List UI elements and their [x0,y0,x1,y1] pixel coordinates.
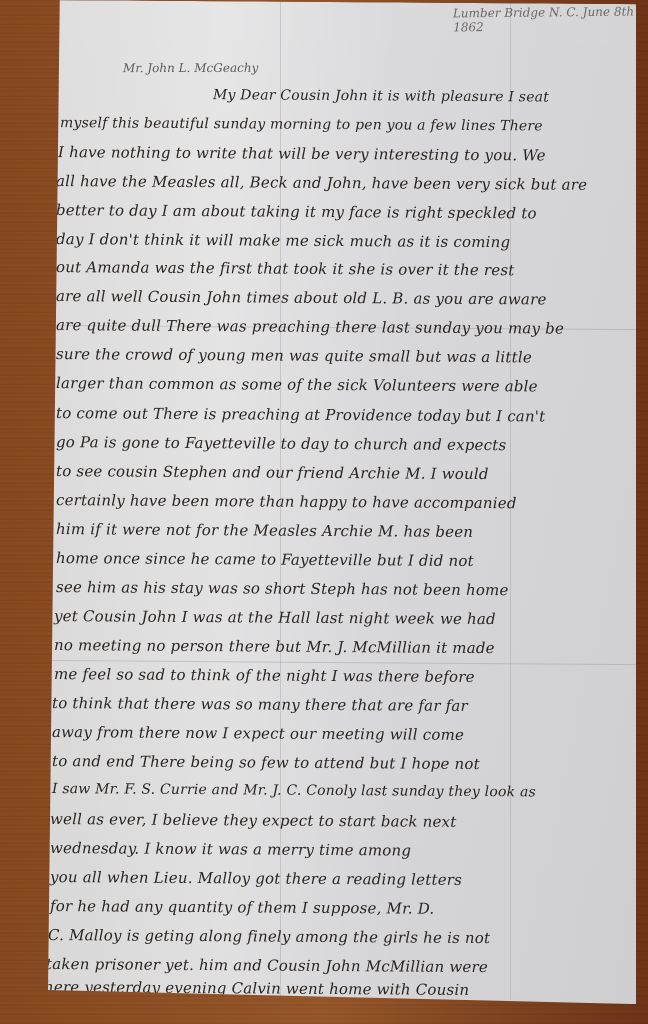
letter-line: here yesterday evening Calvin went home … [44,978,469,999]
letter-line: out Amanda was the first that took it sh… [56,258,515,279]
letter-line: to think that there was so many there th… [52,694,468,715]
letter-line: John There was muster at L. B. yesterday… [42,1000,476,1021]
letter-line: wednesday. I know it was a merry time am… [50,839,411,860]
letter-line: all have the Measles all, Beck and John,… [56,172,587,194]
letter-line: I saw Mr. F. S. Currie and Mr. J. C. Con… [52,781,536,800]
letter-line: I have nothing to write that will be ver… [58,143,546,164]
letter-line: you all when Lieu. Malloy got there a re… [50,868,462,889]
letter-page: Lumber Bridge N. C. June 8th 1862 Mr. Jo… [48,0,636,1004]
paper-fold-horizontal [48,660,636,665]
letter-line: see him as his stay was so short Steph h… [56,578,509,599]
letter-line: no meeting no person there but Mr. J. Mc… [54,636,495,657]
letter-line: go Pa is gone to Fayetteville to day to … [56,433,506,454]
letter-line: home once since he came to Fayetteville … [56,549,474,570]
letter-line: day I don't think it will make me sick m… [56,230,510,251]
letter-place-date: Lumber Bridge N. C. June 8th 1862 [453,5,636,35]
letter-line: better to day I am about taking it my fa… [56,201,537,222]
letter-line: C. Malloy is geting along finely among t… [48,926,490,947]
letter-line: him if it were not for the Measles Archi… [56,520,473,541]
letter-line: to see cousin Stephen and our friend Arc… [56,462,489,483]
letter-line: larger than common as some of the sick V… [56,374,538,395]
letter-line: are all well Cousin John times about old… [56,287,547,308]
letter-line: myself this beautiful sunday morning to … [60,115,543,134]
letter-line: me feel so sad to think of the night I w… [54,665,475,686]
letter-line: sure the crowd of young men was quite sm… [56,345,532,366]
letter-line: My Dear Cousin John it is with pleasure … [213,87,549,105]
letter-line: for he had any quantity of them I suppos… [50,897,434,918]
letter-line: certainly have been more than happy to h… [56,491,517,512]
letter-line: to and end There being so few to attend … [52,752,480,773]
letter-line: are quite dull There was preaching there… [56,316,564,338]
letter-line: away from there now I expect our meeting… [52,723,464,744]
letter-line: yet Cousin John I was at the Hall last n… [54,607,496,628]
letter-line: well as ever, I believe they expect to s… [50,810,456,831]
letter-line: to come out There is preaching at Provid… [56,404,545,425]
letter-line: taken prisoner yet. him and Cousin John … [46,955,488,976]
letter-addressee: Mr. John L. McGeachy [123,61,258,75]
